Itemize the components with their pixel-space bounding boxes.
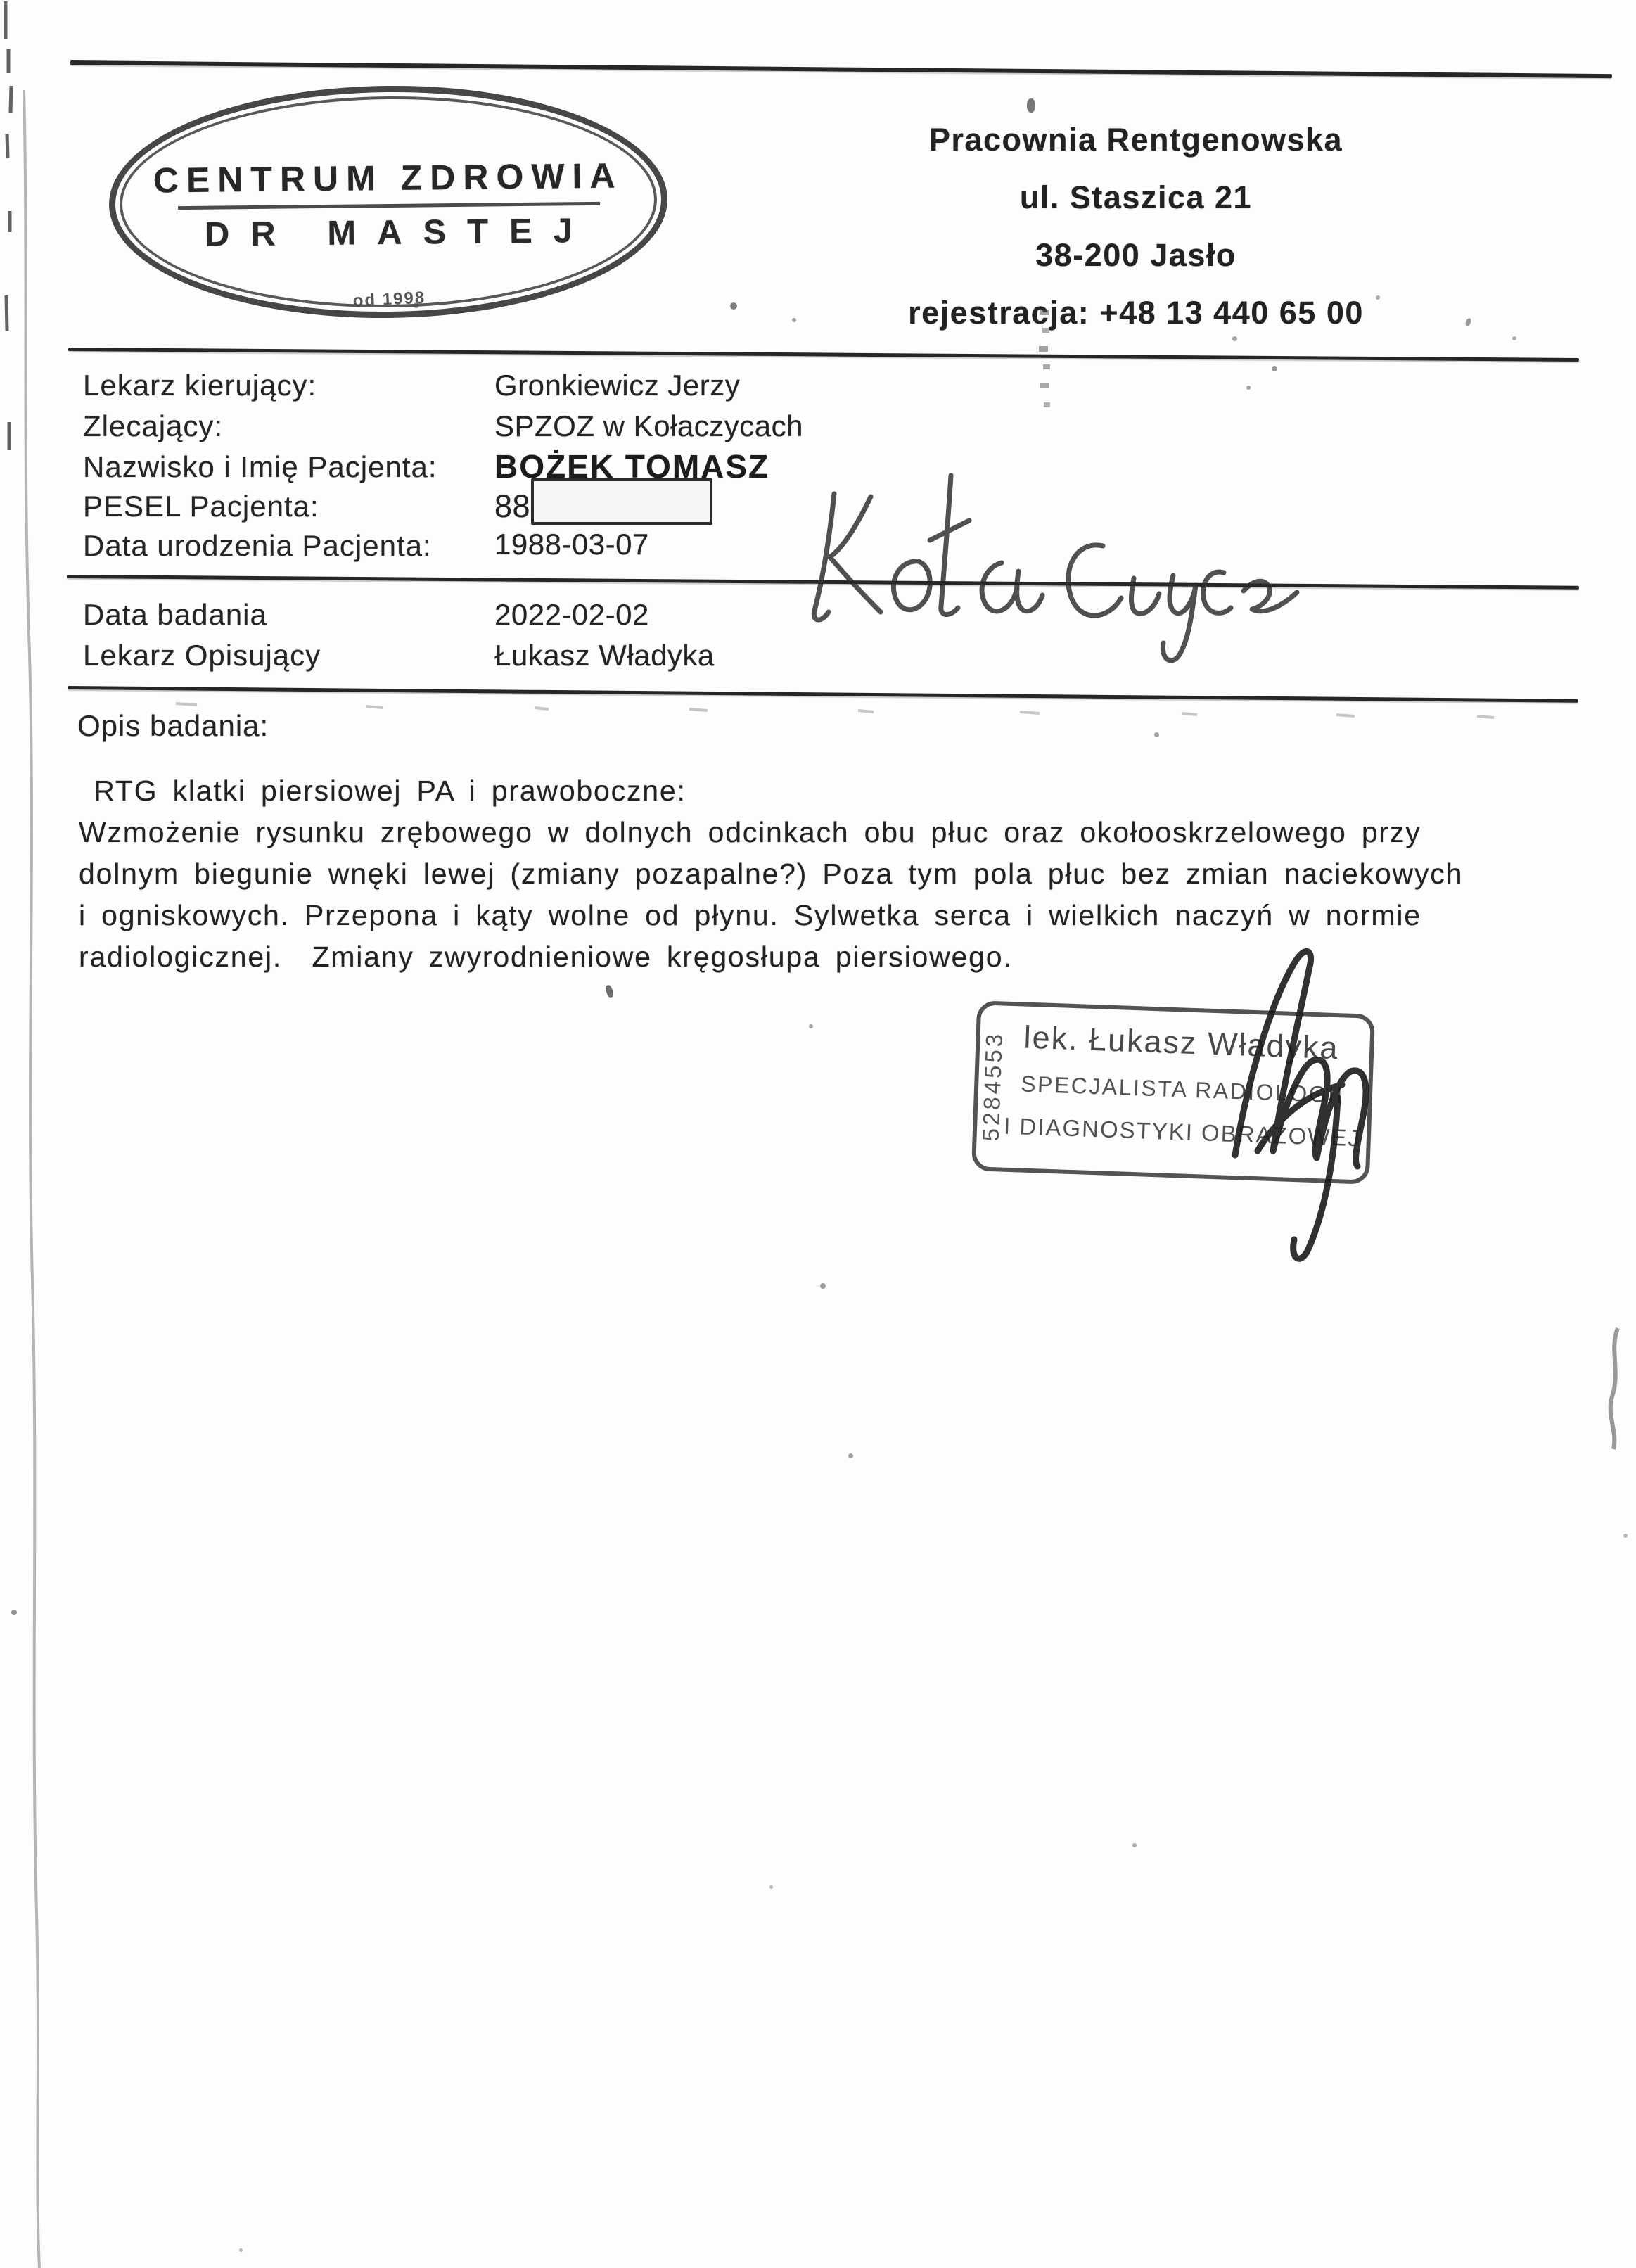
report-line: radiologicznej. Zmiany zwyrodnieniowe kr… [79,936,1560,978]
facility-street: ul. Staszica 21 [823,179,1449,237]
clinic-logo: CENTRUM ZDROWIA DR MASTEJ od 1998 [108,83,668,321]
pesel-redaction-box [531,478,712,525]
facility-name: Pracownia Rentgenowska [823,122,1449,179]
stamp-doctor-name: lek. Łukasz Władyka [1023,1019,1340,1067]
report-line: dolnym biegunie wnęki lewej (zmiany poza… [79,853,1560,895]
logo-name-line2: DR MASTEJ [109,210,668,255]
scanned-radiology-report: CENTRUM ZDROWIA DR MASTEJ od 1998 Pracow… [0,0,1636,2268]
left-edge-scan-line [24,90,39,2268]
exam-date-value: 2022-02-02 [494,598,649,632]
handwritten-note [814,476,1297,661]
pesel-label: PESEL Pacjenta: [83,490,319,523]
header-block: Pracownia Rentgenowska ul. Staszica 21 3… [823,122,1449,352]
exam-date-label: Data badania [83,598,267,632]
report-line: i ogniskowych. Przepona i kąty wolne od … [79,895,1560,936]
stamp-license-number: 5284553 [970,1005,1015,1168]
birthdate-value: 1988-03-07 [494,528,649,561]
noise-band [176,703,1494,718]
stamp-specialty-line2: I DIAGNOSTYKI OBRAZOWEJ [1004,1113,1362,1152]
patient-rule [67,575,1579,590]
facility-city: 38-200 Jasło [823,237,1449,295]
report-line: RTG klatki piersiowej PA i prawoboczne: [79,770,1560,812]
logo-name-line1: CENTRUM ZDROWIA [108,155,667,201]
ordering-entity-value: SPZOZ w Kołaczycach [494,409,803,443]
referring-doctor-value: Gronkiewicz Jerzy [494,369,740,402]
patient-name-label: Nazwisko i Imię Pacjenta: [83,450,437,484]
facility-registration: rejestracja: +48 13 440 65 00 [823,295,1449,352]
ordering-entity-label: Zlecający: [83,409,223,443]
referring-doctor-label: Lekarz kierujący: [83,369,317,402]
birthdate-label: Data urodzenia Pacjenta: [83,529,432,563]
left-edge-dark-marks [6,1,11,450]
report-rule [68,686,1578,703]
report-line: Wzmożenie rysunku zrębowego w dolnych od… [79,812,1560,853]
stamp-specialty-line1: SPECJALISTA RADIOLOGII [1021,1071,1345,1108]
top-rule [70,60,1612,78]
report-body: RTG klatki piersiowej PA i prawoboczne: … [79,770,1560,978]
reporting-doctor-value: Łukasz Władyka [494,639,715,673]
report-section-label: Opis badania: [77,709,269,743]
reporting-doctor-label: Lekarz Opisujący [83,639,321,673]
doctor-stamp: 5284553 lek. Łukasz Władyka SPECJALISTA … [971,1000,1375,1185]
right-edge-squiggle [1611,1328,1618,1449]
pesel-value: 88 [494,488,530,525]
